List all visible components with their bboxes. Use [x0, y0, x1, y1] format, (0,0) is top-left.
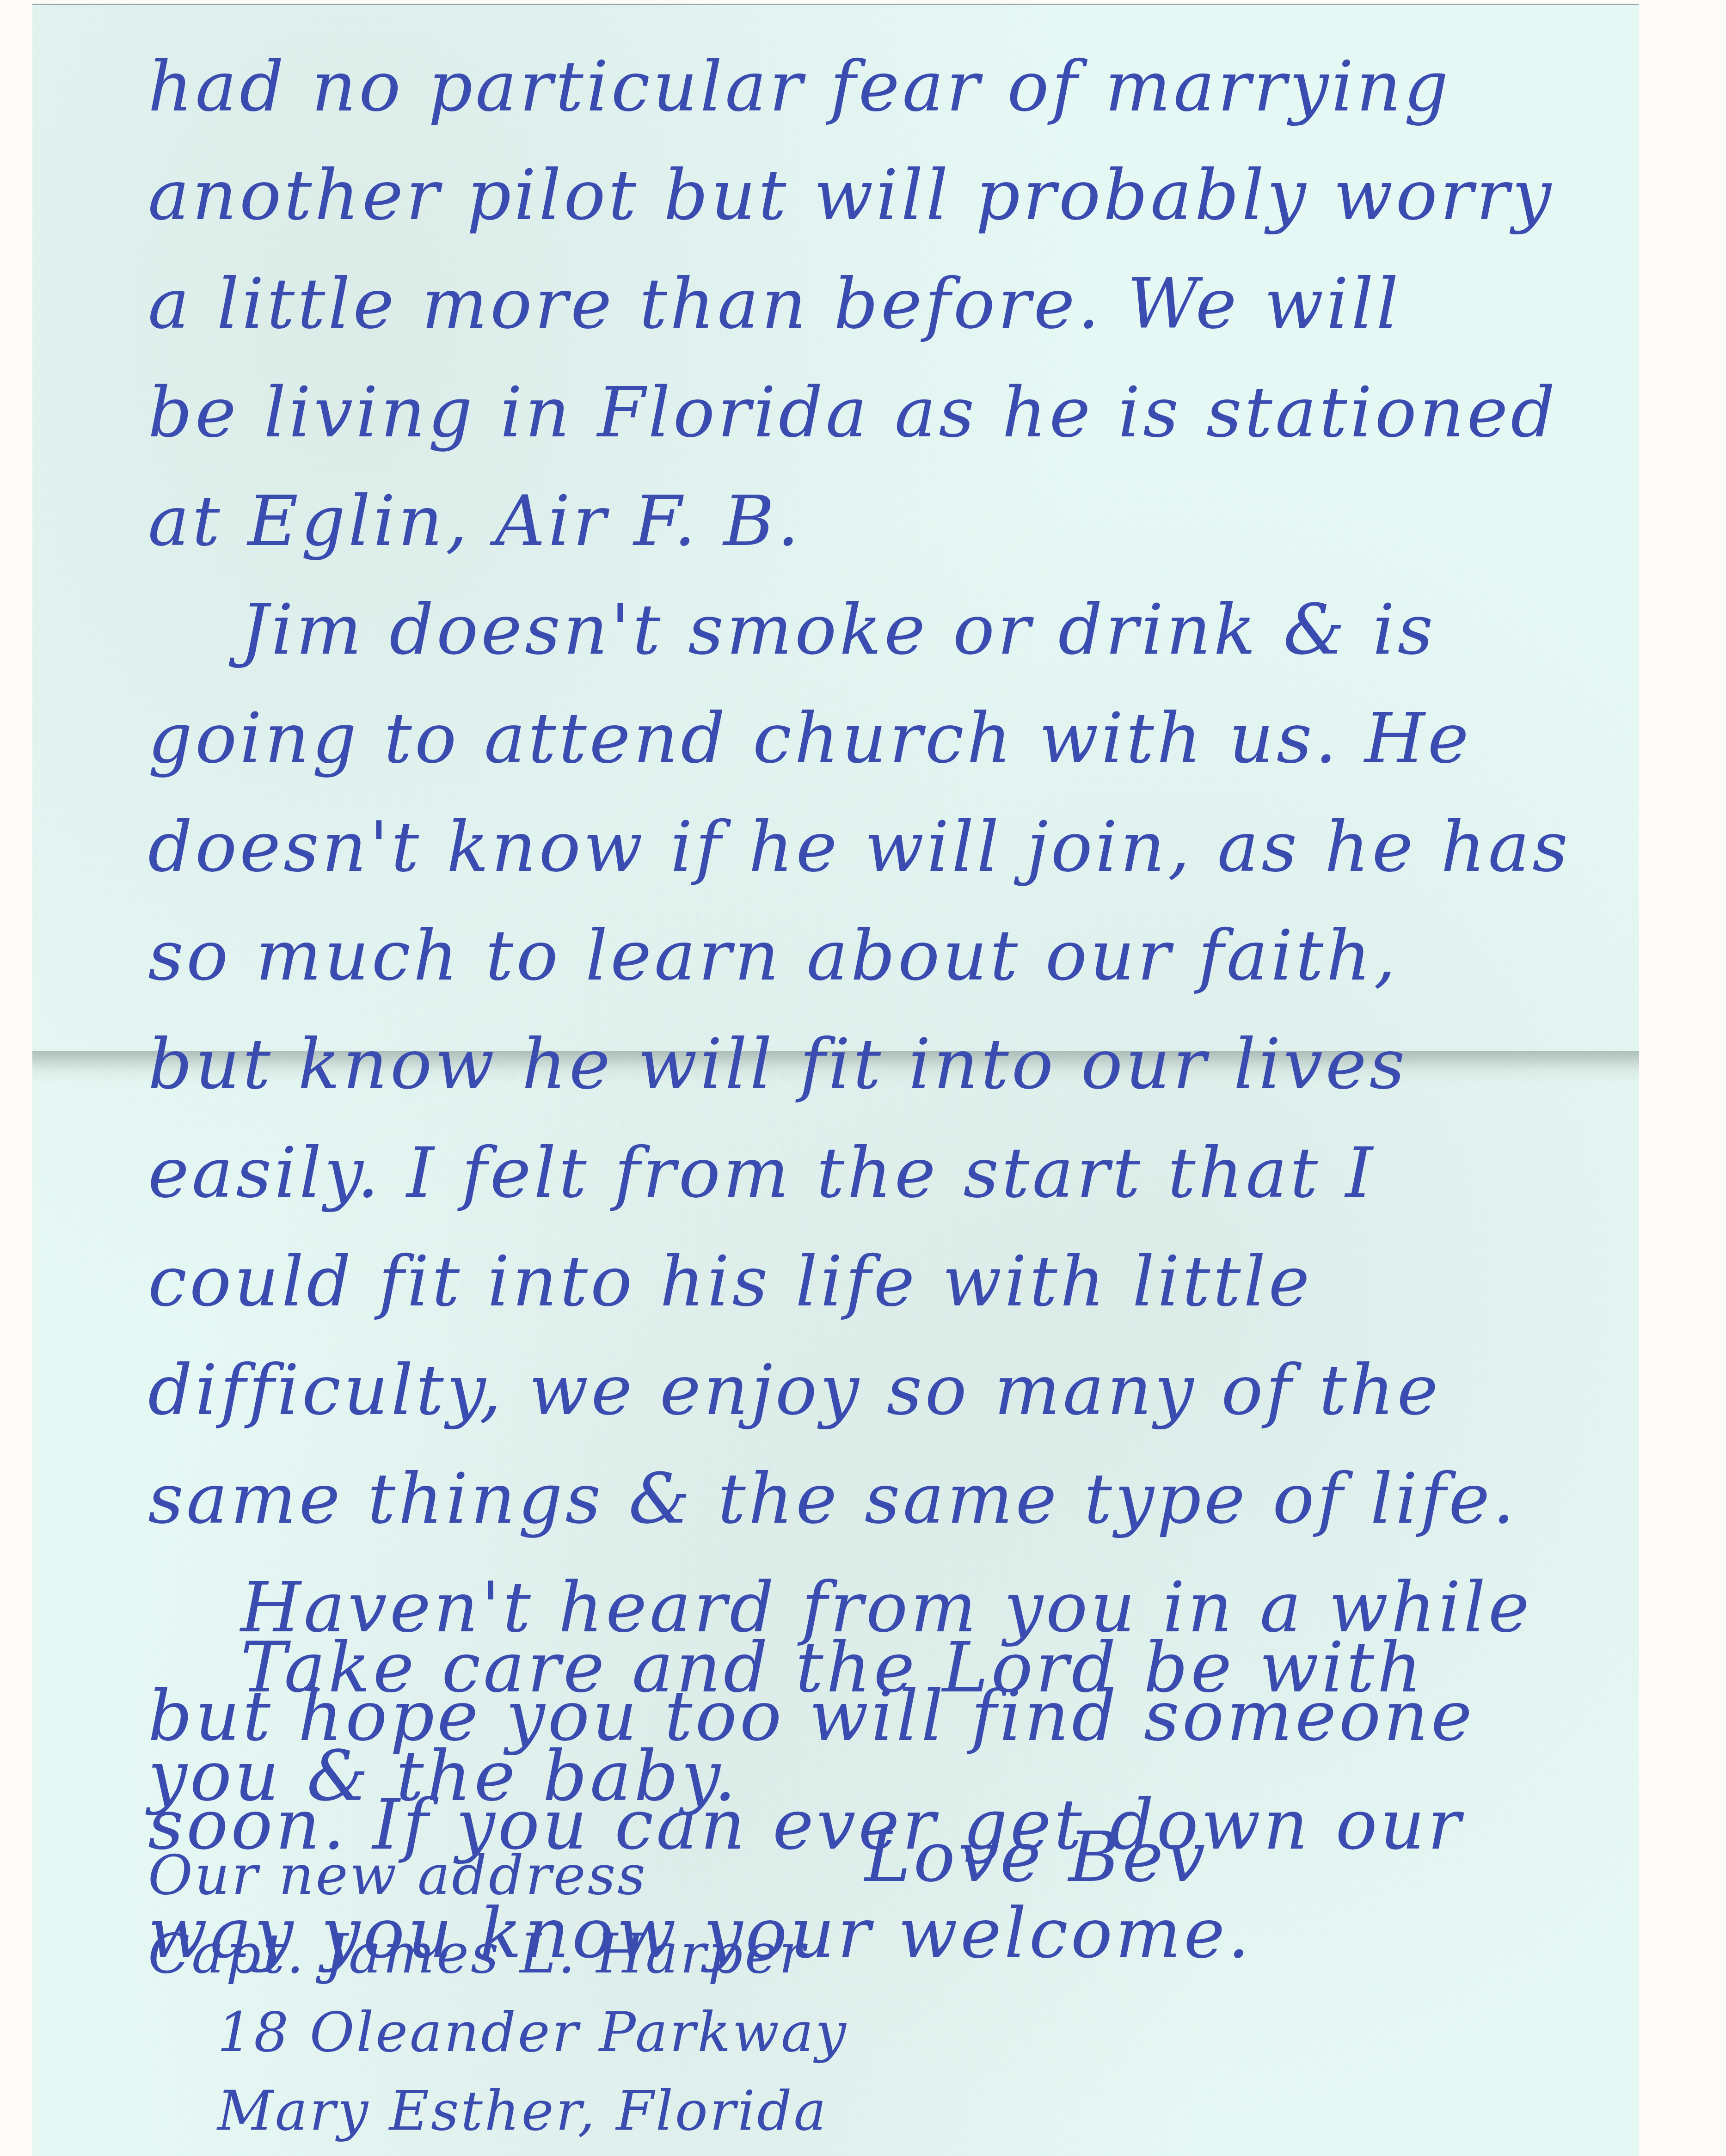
letter-line: difficulty, we enjoy so many of the	[148, 1336, 1570, 1445]
letter-line: going to attend church with us. He	[148, 685, 1570, 793]
address-heading: Our new address	[148, 1836, 848, 1914]
letter-page: had no particular fear of marrying anoth…	[32, 4, 1639, 2156]
letter-line: same things & the same type of life.	[148, 1445, 1570, 1554]
address-city: Mary Esther, Florida	[148, 2071, 848, 2150]
letter-line: be living in Florida as he is stationed	[148, 359, 1570, 467]
letter-line: doesn't know if he will join, as he has	[148, 793, 1570, 902]
letter-line: so much to learn about our faith,	[148, 902, 1570, 1011]
new-address-block: Our new address Capt. James L. Harper 18…	[148, 1836, 848, 2150]
letter-line: had no particular fear of marrying	[148, 33, 1570, 141]
letter-line: Take care and the Lord be with	[148, 1614, 1570, 1722]
letter-line: Jim doesn't smoke or drink & is	[148, 576, 1570, 685]
letter-line: easily. I felt from the start that I	[148, 1119, 1570, 1228]
address-name: Capt. James L. Harper	[148, 1914, 848, 1993]
letter-line: a little more than before. We will	[148, 250, 1570, 359]
address-street: 18 Oleander Parkway	[148, 1993, 848, 2071]
letter-line: at Eglin, Air F. B.	[148, 467, 1570, 576]
letter-line: another pilot but will probably worry	[148, 141, 1570, 250]
letter-line: could fit into his life with little	[148, 1228, 1570, 1336]
letter-line: but know he will fit into our lives	[148, 1011, 1570, 1119]
